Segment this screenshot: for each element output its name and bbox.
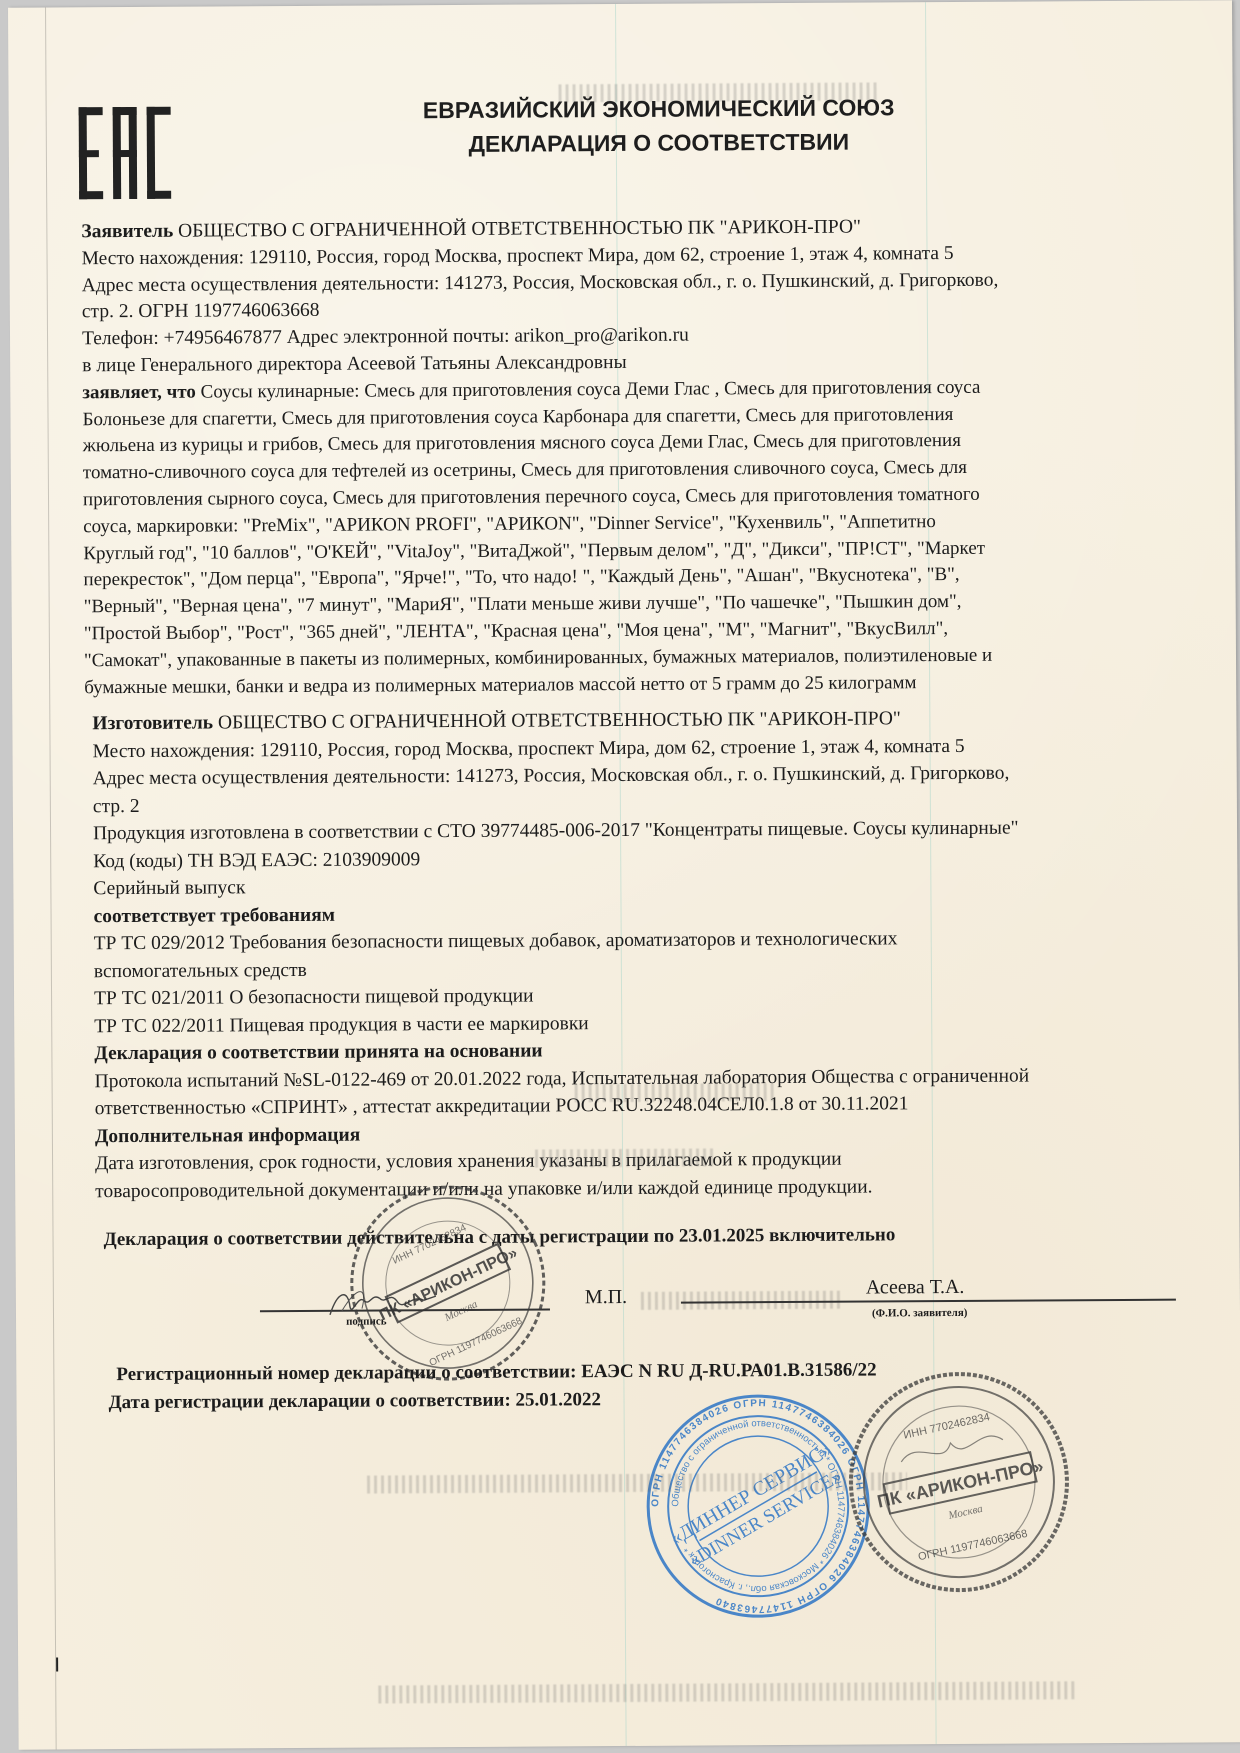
applicant-short-name: Асеева Т.А.: [866, 1276, 965, 1300]
svg-text:Москва: Москва: [946, 1503, 984, 1522]
applicant-label: Заявитель: [81, 221, 173, 243]
svg-text:ОГРН 1197746063668: ОГРН 1197746063668: [917, 1528, 1029, 1564]
registration-number: Регистрационный номер декларации о соотв…: [116, 1359, 876, 1386]
scan-mark: [56, 1657, 58, 1671]
scan-smudge: [378, 1681, 1078, 1703]
applicant-section: Заявитель ОБЩЕСТВО С ОГРАНИЧЕННОЙ ОТВЕТС…: [81, 213, 1174, 702]
registration-date: Дата регистрации декларации о соответств…: [108, 1389, 601, 1414]
eac-logo: [79, 107, 172, 200]
eac-letter-c: [147, 107, 172, 199]
applicant-name: ОБЩЕСТВО С ОГРАНИЧЕННОЙ ОТВЕТСТВЕННОСТЬЮ…: [173, 217, 861, 242]
eac-letter-a: [113, 107, 138, 199]
manufacturer-name: ОБЩЕСТВО С ОГРАНИЧЕННОЙ ОТВЕТСТВЕННОСТЬЮ…: [213, 708, 901, 733]
declaration-title: ДЕКЛАРАЦИЯ О СООТВЕТСТВИИ: [369, 124, 949, 162]
manufacturer-label: Изготовитель: [92, 712, 213, 734]
product-line: Соусы кулинарные: Смесь для приготовлени…: [196, 377, 981, 403]
seal-label: М.П.: [585, 1286, 627, 1309]
declares-label: заявляет, что: [82, 381, 196, 403]
declaration-page: ЕВРАЗИЙСКИЙ ЭКОНОМИЧЕСКИЙ СОЮЗ ДЕКЛАРАЦИ…: [8, 0, 1240, 1749]
name-label: (Ф.И.О. заявителя): [872, 1307, 968, 1320]
manufacturer-section: Изготовитель ОБЩЕСТВО С ОГРАНИЧЕННОЙ ОТВ…: [92, 704, 1185, 1206]
signature-block: подпись М.П. Асеева Т.А. (Ф.И.О. заявите…: [16, 1270, 1240, 1337]
svg-text:Москва: Москва: [442, 1298, 480, 1324]
scan-smudge: [535, 1148, 715, 1167]
eac-letter-e: [79, 107, 104, 199]
svg-text:ИНН 7702462834: ИНН 7702462834: [902, 1411, 991, 1442]
scan-smudge: [367, 1472, 907, 1493]
scan-smudge: [558, 82, 878, 102]
scan-artifact-line: [45, 8, 57, 1750]
scan-smudge: [575, 1083, 775, 1102]
svg-text:ИНН 7702462834: ИНН 7702462834: [391, 1222, 468, 1266]
